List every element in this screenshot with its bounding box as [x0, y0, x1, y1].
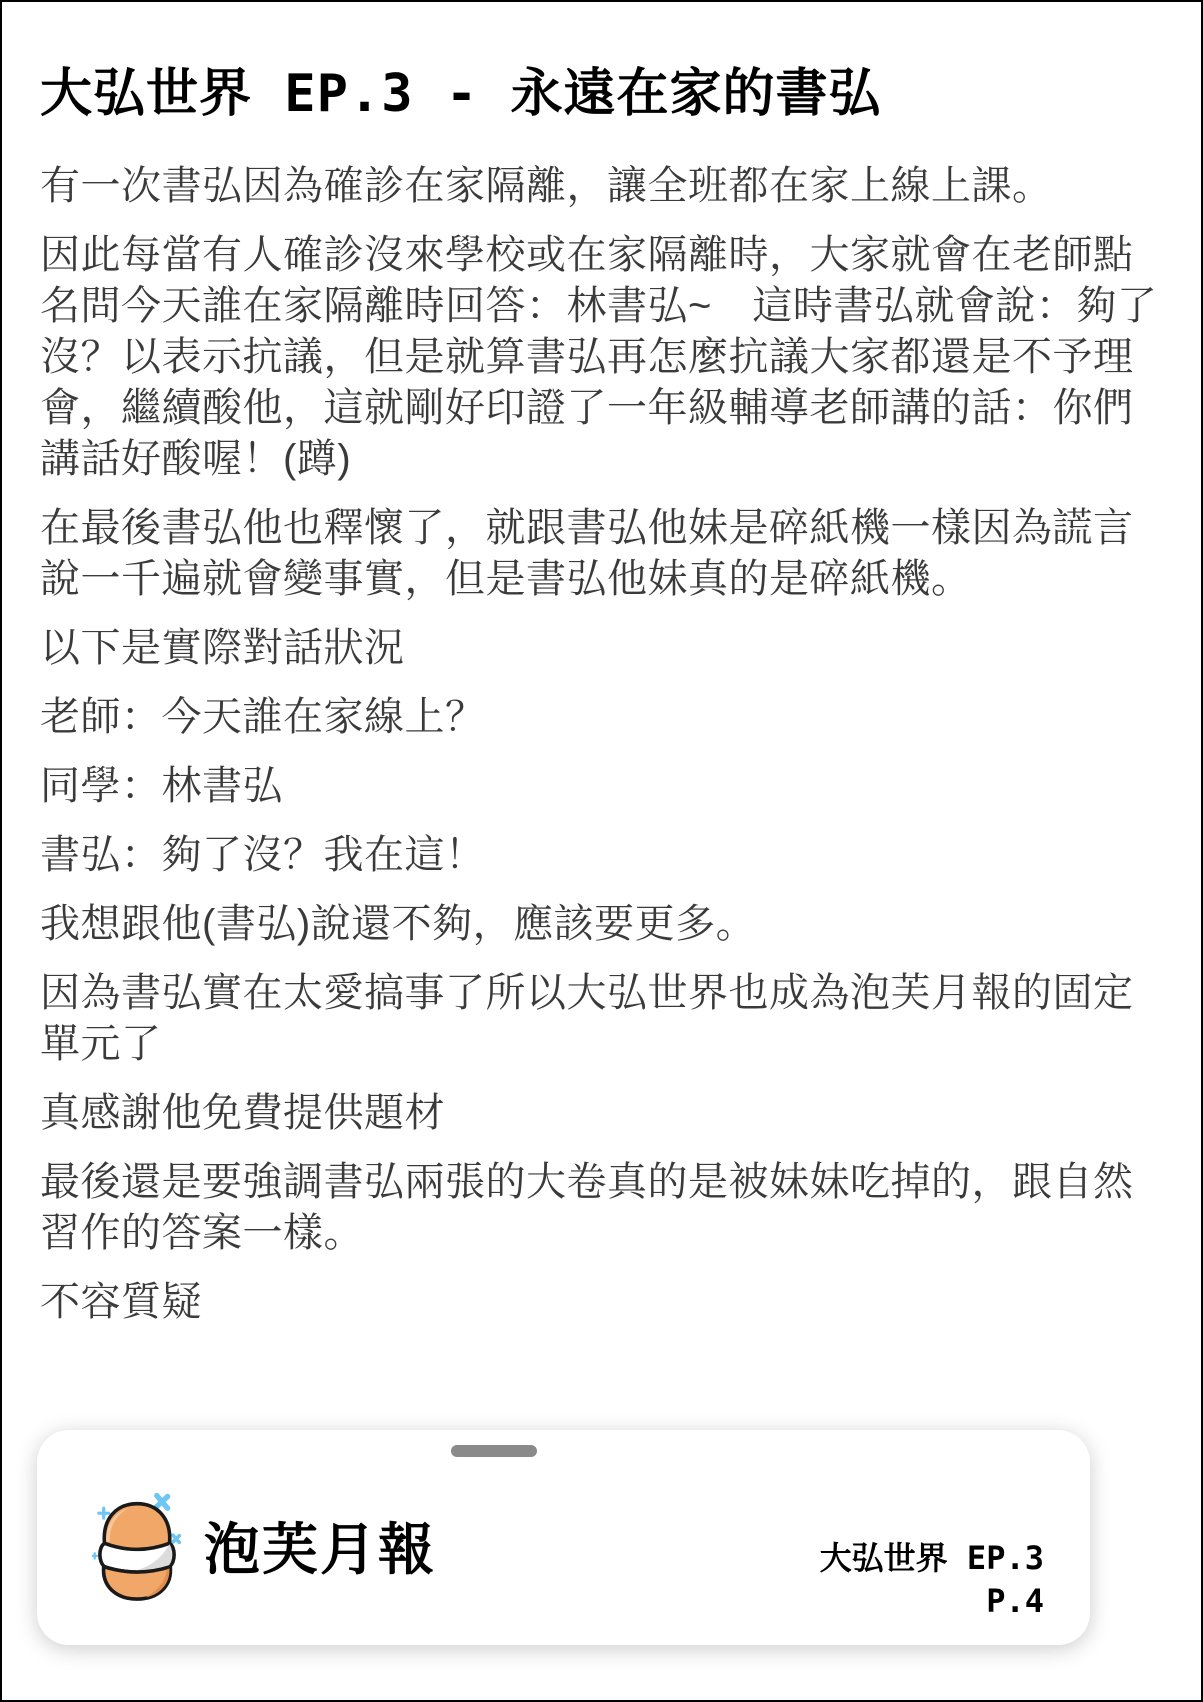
newsletter-page: 大弘世界 EP.3 - 永遠在家的書弘 有一次書弘因為確診在家隔離，讓全班都在家… [0, 0, 1203, 1702]
paragraph: 有一次書弘因為確診在家隔離，讓全班都在家上線上課。 [40, 161, 1161, 212]
drag-handle-pill[interactable] [451, 1445, 537, 1457]
paragraph: 以下是實際對話狀況 [40, 623, 1161, 674]
dialog-line-classmates: 同學：林書弘 [40, 761, 1161, 812]
dialog-line-teacher: 老師：今天誰在家線上？ [40, 692, 1161, 743]
footer-meta: 大弘世界 EP.3 P.4 [820, 1537, 1044, 1623]
brand-name: 泡芙月報 [204, 1506, 436, 1586]
cream-puff-icon [92, 1490, 182, 1602]
page-title: 大弘世界 EP.3 - 永遠在家的書弘 [40, 66, 1161, 123]
episode-label: 大弘世界 EP.3 [820, 1537, 1044, 1580]
paragraph: 真感謝他免費提供題材 [40, 1088, 1161, 1139]
paragraph: 因此每當有人確診沒來學校或在家隔離時，大家就會在老師點名問今天誰在家隔離時回答：… [40, 230, 1161, 485]
footer-brand-card: 泡芙月報 大弘世界 EP.3 P.4 [37, 1430, 1090, 1645]
brand-logo: 泡芙月報 [92, 1490, 436, 1602]
paragraph: 不容質疑 [40, 1277, 1161, 1328]
paragraph: 因為書弘實在太愛搞事了所以大弘世界也成為泡芙月報的固定單元了 [40, 968, 1161, 1070]
dialog-line-shuhong: 書弘：夠了沒？我在這！ [40, 830, 1161, 881]
paragraph: 我想跟他(書弘)說還不夠，應該要更多。 [40, 899, 1161, 950]
paragraph: 在最後書弘他也釋懷了，就跟書弘他妹是碎紙機一樣因為謊言說一千遍就會變事實，但是書… [40, 503, 1161, 605]
paragraph: 最後還是要強調書弘兩張的大卷真的是被妹妹吃掉的，跟自然習作的答案一樣。 [40, 1157, 1161, 1259]
article-body: 大弘世界 EP.3 - 永遠在家的書弘 有一次書弘因為確診在家隔離，讓全班都在家… [40, 2, 1161, 1346]
page-number: P.4 [820, 1580, 1044, 1623]
